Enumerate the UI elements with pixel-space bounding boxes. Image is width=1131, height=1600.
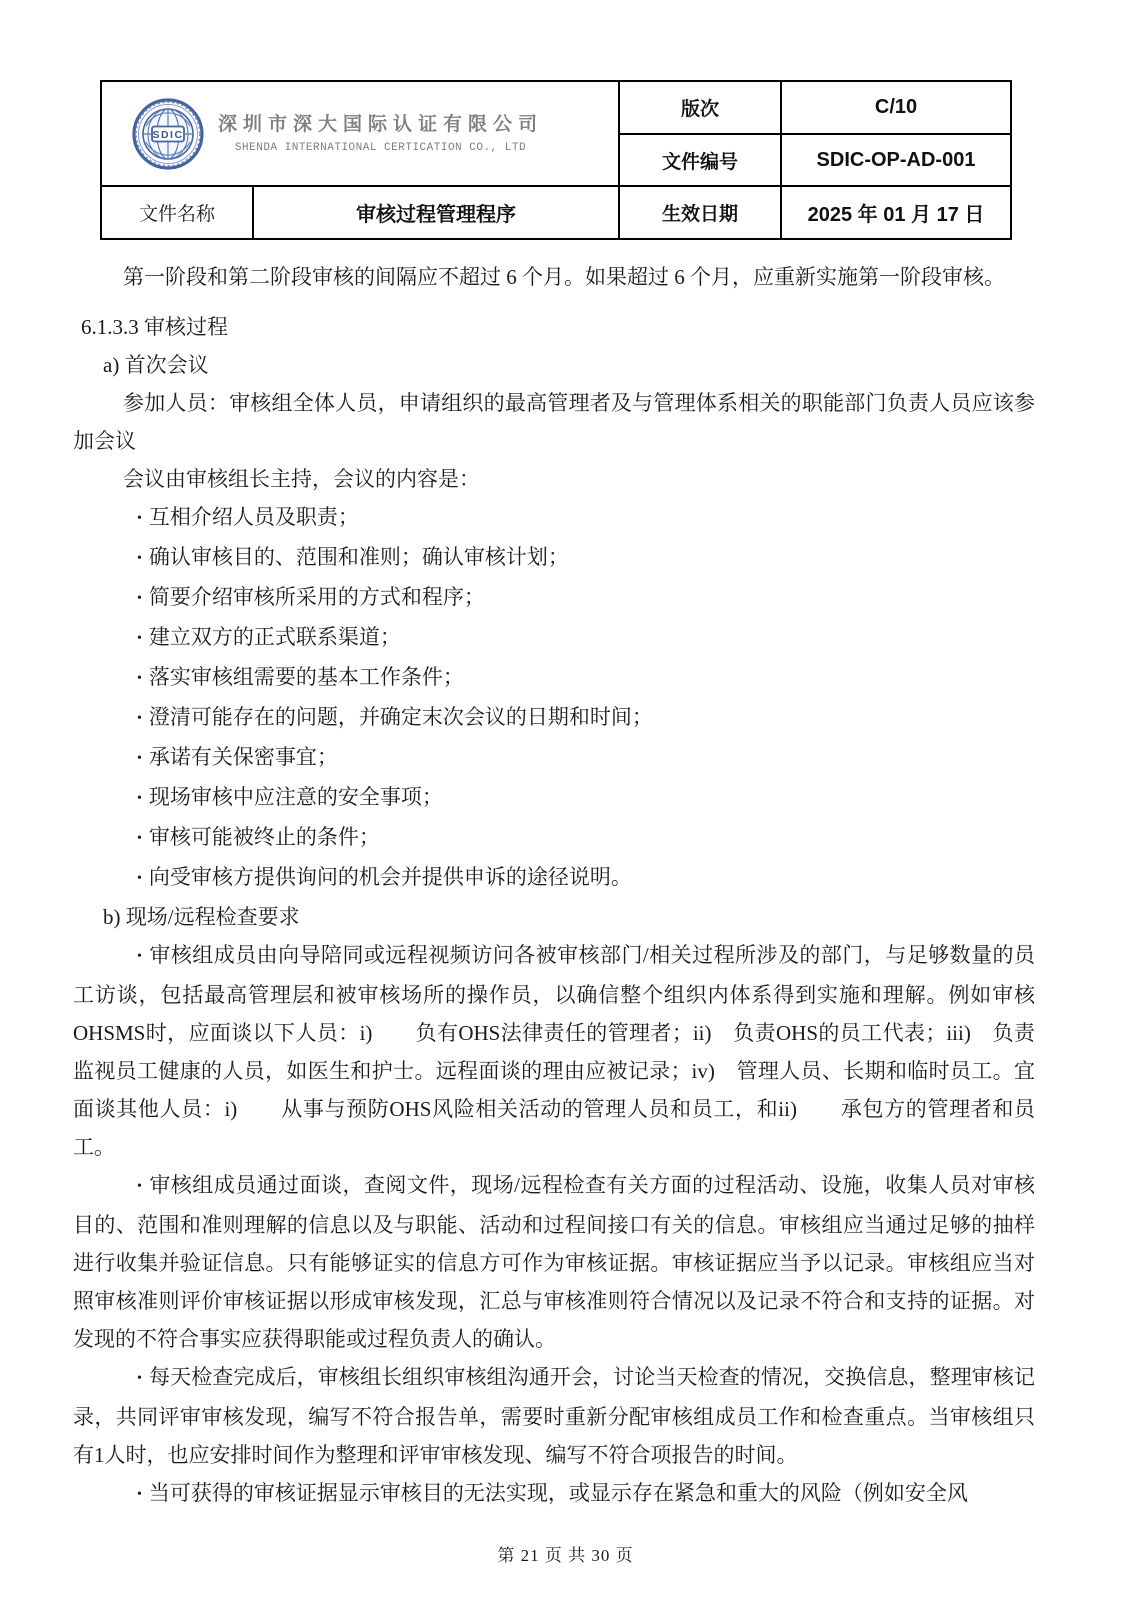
company-header-cell: SDIC 深圳市深大国际认证有限公司 SHENDA INTERNATIONAL … [101,81,619,186]
bullet-dot-icon: • [137,591,142,606]
bullet-item: •审核组成员通过面谈，查阅文件，现场/远程检查有关方面的过程活动、设施，收集人员… [73,1166,1035,1358]
version-label: 版次 [619,81,781,134]
bullet-dot-icon: • [137,1371,142,1386]
company-names: 深圳市深大国际认证有限公司 SHENDA INTERNATIONAL CERTI… [218,113,543,155]
bullet-item: •简要介绍审核所采用的方式和程序； [137,578,1035,618]
document-body: 第一阶段和第二阶段审核的间隔应不超过 6 个月。如果超过 6 个月，应重新实施第… [73,258,1035,1514]
paragraph: b) 现场/远程检查要求 [103,898,1035,936]
bullet-item: •澄清可能存在的问题，并确定末次会议的日期和时间； [137,698,1035,738]
bullet-item: •审核可能被终止的条件； [137,818,1035,858]
bullet-item: •建立双方的正式联系渠道； [137,618,1035,658]
bullet-item: •现场审核中应注意的安全事项； [137,778,1035,818]
bullet-item: •当可获得的审核证据显示审核目的无法实现，或显示存在紧急和重大的风险（例如安全风 [73,1474,1035,1514]
doc-number-label: 文件编号 [619,134,781,186]
doc-number-value: SDIC-OP-AD-001 [781,134,1011,186]
doc-name-value: 审核过程管理程序 [253,186,619,239]
paragraph: 参加人员：审核组全体人员，申请组织的最高管理者及与管理体系相关的职能部门负责人员… [73,384,1035,460]
company-name-cn: 深圳市深大国际认证有限公司 [218,113,543,137]
bullet-item: •确认审核目的、范围和准则；确认审核计划； [137,538,1035,578]
bullet-dot-icon: • [137,631,142,646]
bullet-dot-icon: • [137,871,142,886]
bullet-dot-icon: • [137,1179,142,1194]
page-footer: 第 21 页 共 30 页 [0,1541,1131,1566]
company-name-en: SHENDA INTERNATIONAL CERTICATION CO., LT… [218,141,543,155]
bullet-dot-icon: • [137,671,142,686]
bullet-item: •每天检查完成后，审核组长组织审核组沟通开会，讨论当天检查的情况，交换信息，整理… [73,1358,1035,1474]
version-value: C/10 [781,81,1011,134]
bullet-dot-icon: • [137,511,142,526]
effective-date-label: 生效日期 [619,186,781,239]
paragraph: 6.1.3.3 审核过程 [81,308,1035,346]
paragraph: 会议由审核组长主持，会议的内容是： [73,460,1035,498]
bullet-dot-icon: • [137,551,142,566]
bullet-dot-icon: • [137,949,142,964]
sdic-globe-icon: SDIC [130,95,206,173]
paragraph: 第一阶段和第二阶段审核的间隔应不超过 6 个月。如果超过 6 个月，应重新实施第… [73,258,1035,296]
sdic-logo-text: SDIC [152,129,183,141]
paragraph: a) 首次会议 [103,346,1035,384]
bullet-item: •审核组成员由向导陪同或远程视频访问各被审核部门/相关过程所涉及的部门，与足够数… [73,936,1035,1166]
bullet-dot-icon: • [137,791,142,806]
effective-date-value: 2025 年 01 月 17 日 [781,186,1011,239]
doc-info-table: SDIC 深圳市深大国际认证有限公司 SHENDA INTERNATIONAL … [100,80,1012,240]
company-logo-block: SDIC 深圳市深大国际认证有限公司 SHENDA INTERNATIONAL … [102,95,618,173]
bullet-item: •承诺有关保密事宜； [137,738,1035,778]
bullet-dot-icon: • [137,831,142,846]
document-page: { "header": { "logo": { "icon_text": "SD… [0,0,1131,1600]
bullet-dot-icon: • [137,1487,142,1502]
bullet-item: •落实审核组需要的基本工作条件； [137,658,1035,698]
bullet-dot-icon: • [137,751,142,766]
doc-name-label: 文件名称 [101,186,253,239]
bullet-dot-icon: • [137,711,142,726]
bullet-item: •互相介绍人员及职责； [137,498,1035,538]
bullet-item: •向受审核方提供询问的机会并提供申诉的途径说明。 [137,858,1035,898]
